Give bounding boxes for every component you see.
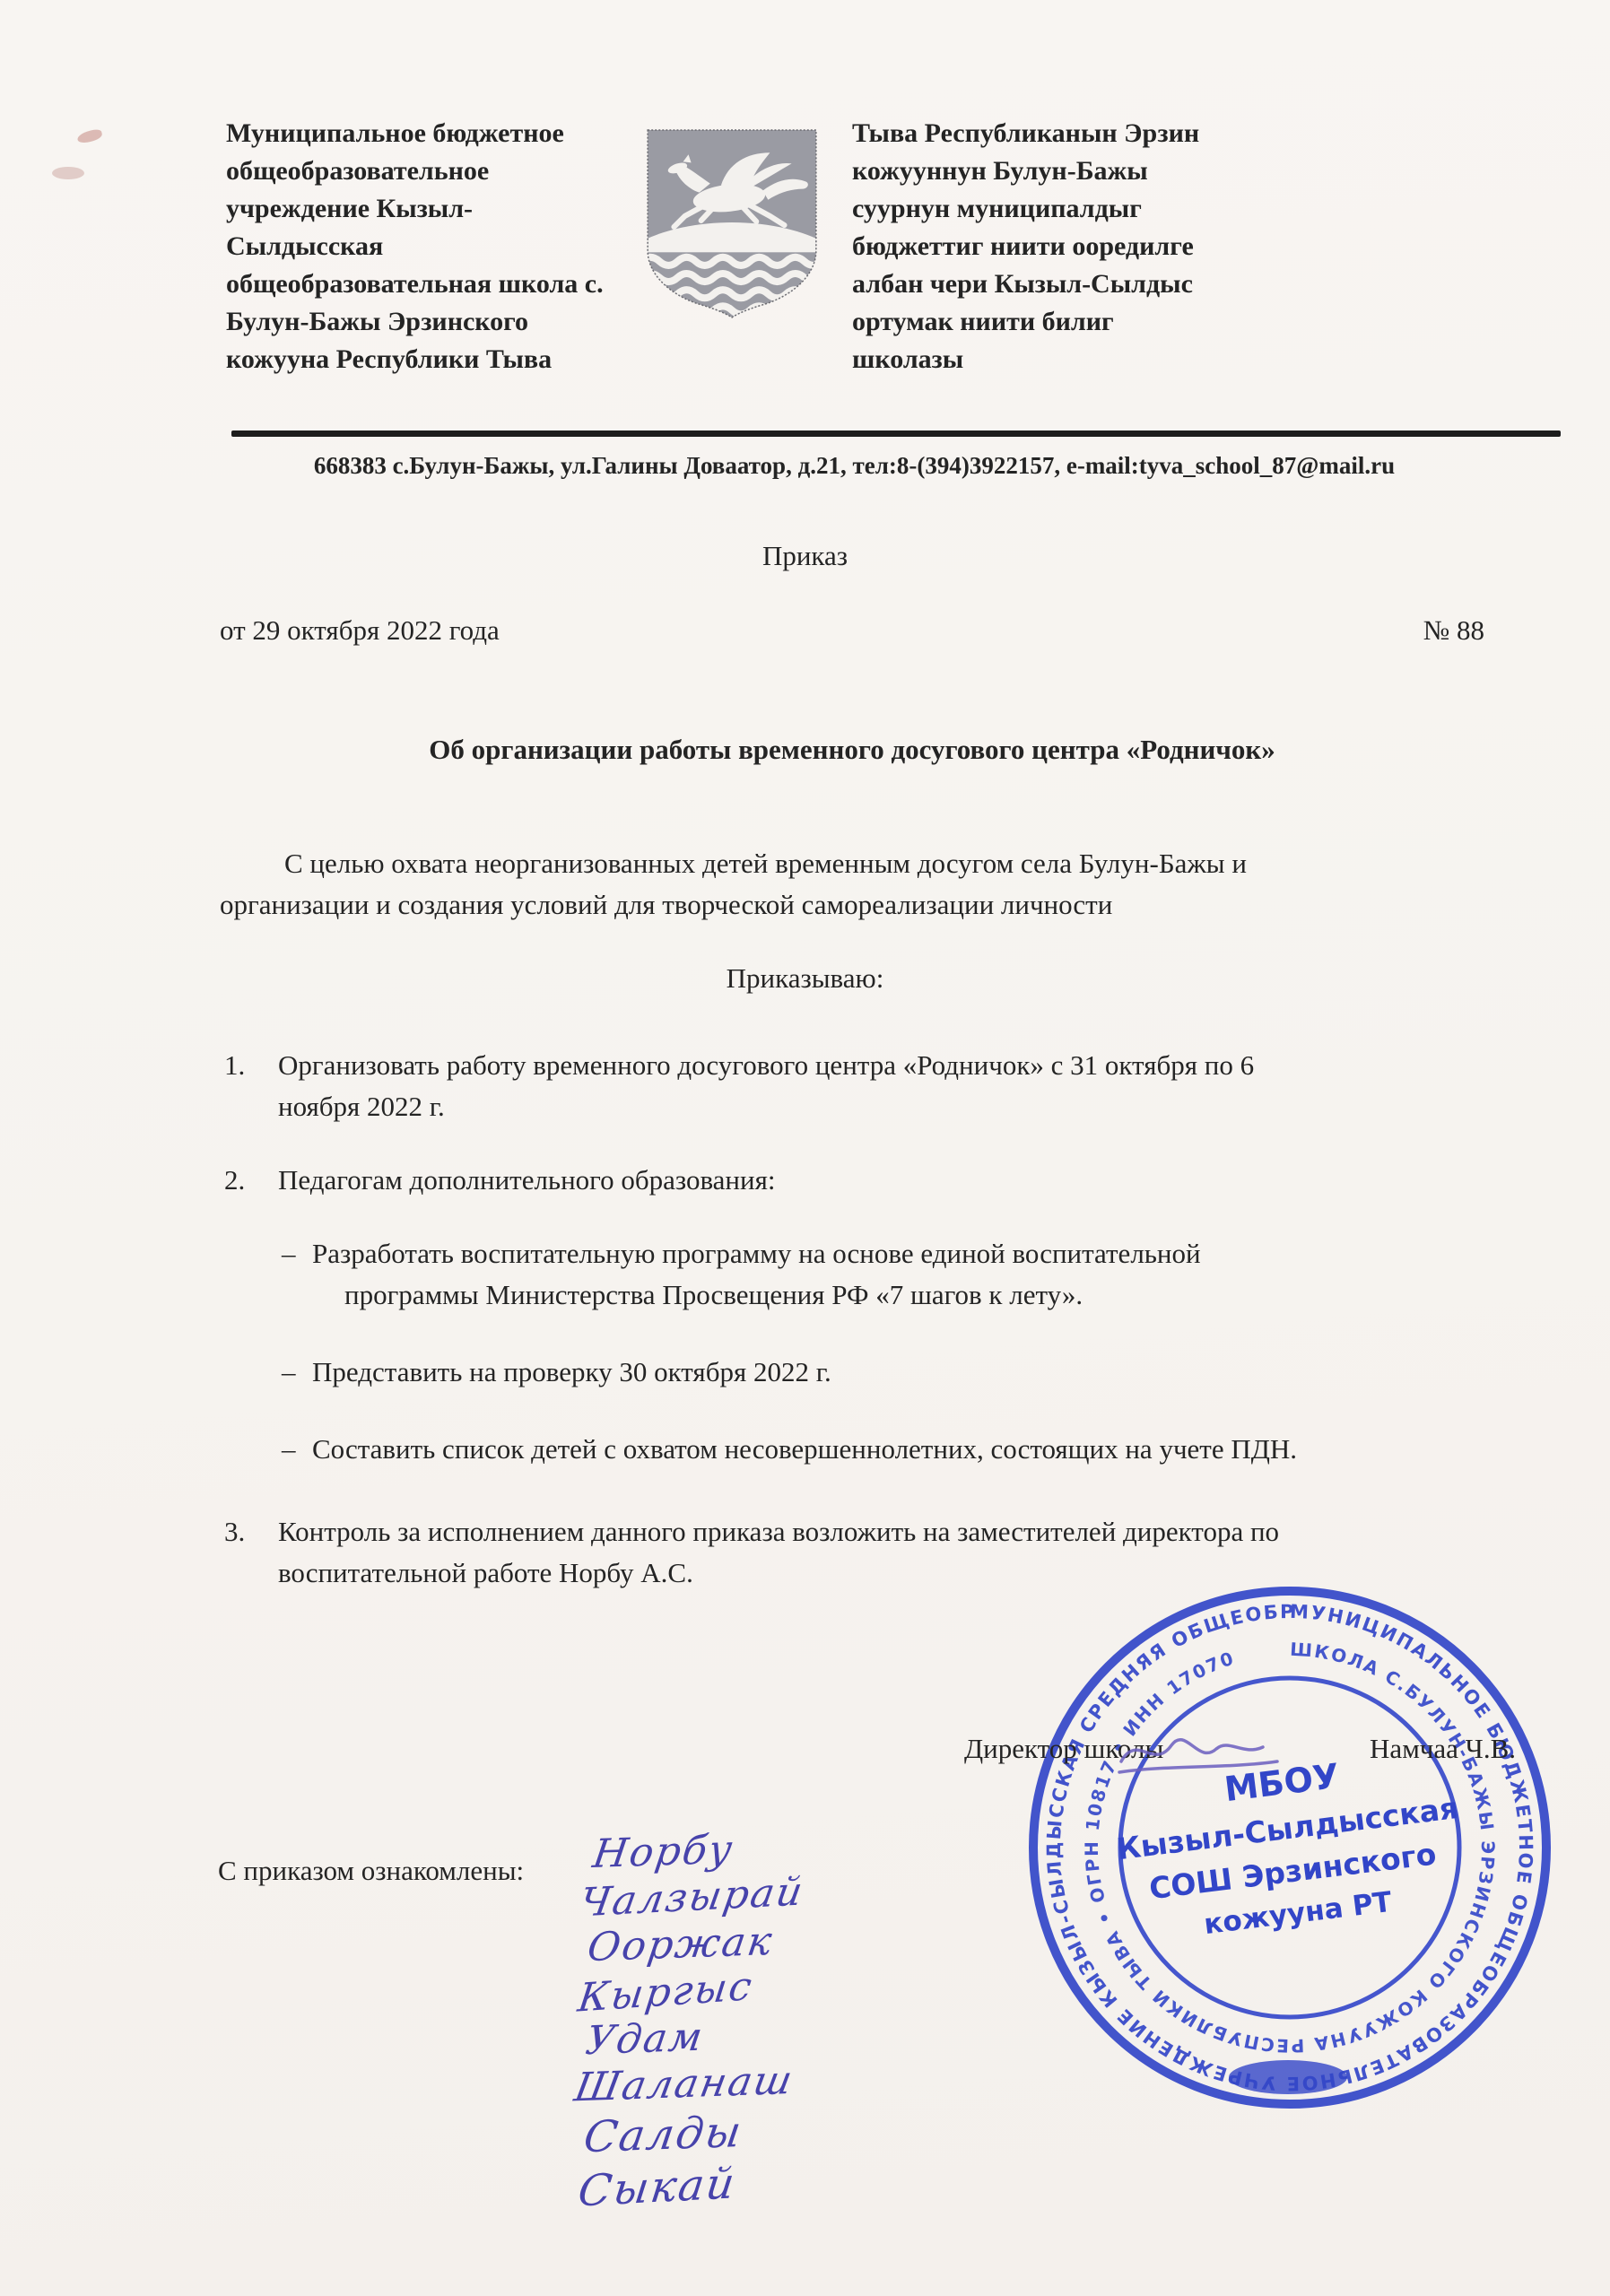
stamp-ink-smudge <box>1229 2060 1347 2094</box>
handwritten-signature: Кыргыс <box>575 1960 806 2022</box>
decree-word: Приказываю: <box>0 958 1610 998</box>
order-preamble: С целью охвата неорганизованных детей вр… <box>220 843 1484 926</box>
order-list: 1.Организовать работу временного досугов… <box>224 1045 1493 1594</box>
stamp-center-line: Кызыл-Сылдысская <box>1115 1790 1460 1866</box>
order-item-number: 2. <box>224 1160 278 1201</box>
signature-list: НорбуЧалзырайОоржакКыргысУдамШаланашСалд… <box>594 1828 803 2212</box>
order-subitem: –Составить список детей с охватом несове… <box>282 1429 1493 1470</box>
contact-line: 668383 с.Булун-Бажы, ул.Галины Доваатор,… <box>144 448 1565 483</box>
handwritten-signature: Чалзырай <box>577 1869 808 1927</box>
stamp-center-line: СОШ Эрзинского <box>1147 1836 1438 1906</box>
order-item-number: 3. <box>224 1511 278 1594</box>
stamp-center-line: кожууна РТ <box>1202 1886 1393 1941</box>
acknowledged-label: С приказом ознакомлены: <box>218 1855 524 1887</box>
handwritten-signature: Сыкай <box>575 2154 806 2218</box>
handwritten-signature: Удам <box>583 2011 807 2065</box>
subitem-text: Составить список детей с охватом несовер… <box>312 1429 1297 1470</box>
subitem-dash: – <box>282 1429 312 1470</box>
order-item: 1.Организовать работу временного досугов… <box>224 1045 1493 1127</box>
school-round-stamp: МУНИЦИПАЛЬНОЕ БЮДЖЕТНОЕ ОБЩЕОБРАЗОВАТЕЛЬ… <box>1021 1578 1559 2117</box>
order-item-text: Педагогам дополнительного образования: <box>278 1160 776 1201</box>
handwritten-signature: Ооржак <box>585 1918 807 1971</box>
order-item-text: Контроль за исполнением данного приказа … <box>278 1511 1279 1594</box>
order-item: 2.Педагогам дополнительного образования: <box>224 1160 1493 1201</box>
stamp-ring-text-inner: ШКОЛА С.БУЛУН-БАЖЫ ЭРЗИНСКОГО КОЖУУНА РЕ… <box>1081 1639 1499 2057</box>
director-name: Намчаа Ч.В. <box>1370 1733 1516 1765</box>
org-name-russian: Муниципальное бюджетное общеобразователь… <box>226 115 612 378</box>
subitem-dash: – <box>282 1233 312 1316</box>
stamp-ring-text-outer: МУНИЦИПАЛЬНОЕ БЮДЖЕТНОЕ ОБЩЕОБРАЗОВАТЕЛЬ… <box>1021 1578 1536 2094</box>
stamp-center-line: МБОУ <box>1223 1756 1342 1809</box>
org-name-tuvan: Тыва Республиканын Эрзин кожууннун Булун… <box>852 115 1260 378</box>
letterhead-divider <box>231 430 1561 437</box>
director-label: Директор школы <box>964 1733 1163 1765</box>
order-date: от 29 октября 2022 года <box>220 610 500 650</box>
order-item: 3.Контроль за исполнением данного приказ… <box>224 1511 1493 1594</box>
order-subitem: –Представить на проверку 30 октября 2022… <box>282 1352 1493 1393</box>
date-number-row: от 29 октября 2022 года № 88 <box>220 610 1484 650</box>
director-signature-row: Директор школы Намчаа Ч.В. <box>964 1733 1516 1765</box>
order-item-text: Организовать работу временного досуговог… <box>278 1045 1254 1127</box>
subitem-text: Представить на проверку 30 октября 2022 … <box>312 1352 831 1393</box>
doc-type: Приказ <box>0 535 1610 576</box>
director-handwritten-signature <box>1110 1724 1299 1787</box>
handwritten-signature: Салды <box>580 2104 806 2163</box>
order-title: Об организации работы временного досугов… <box>220 729 1484 770</box>
subitem-text: Разработать воспитательную программу на … <box>312 1233 1201 1316</box>
handwritten-signature: Норбу <box>590 1824 806 1878</box>
svg-text:ШКОЛА С.БУЛУН-БАЖЫ ЭРЗИНСКОГО: ШКОЛА С.БУЛУН-БАЖЫ ЭРЗИНСКОГО КОЖУУНА РЕ… <box>1081 1639 1499 2057</box>
scanned-order-document: Муниципальное бюджетное общеобразователь… <box>0 0 1610 2296</box>
letterhead: Муниципальное бюджетное общеобразователь… <box>0 0 1610 378</box>
pegasus-emblem-icon <box>641 126 822 321</box>
svg-text:МУНИЦИПАЛЬНОЕ БЮДЖЕТНОЕ ОБЩЕОБ: МУНИЦИПАЛЬНОЕ БЮДЖЕТНОЕ ОБЩЕОБРАЗОВАТЕЛЬ… <box>1021 1578 1536 2094</box>
subitem-dash: – <box>282 1352 312 1393</box>
coat-of-arms <box>637 115 827 378</box>
order-subitem: –Разработать воспитательную программу на… <box>282 1233 1493 1316</box>
handwritten-signature: Шаланаш <box>571 2057 808 2112</box>
order-number: № 88 <box>1423 610 1484 650</box>
order-sublist: –Разработать воспитательную программу на… <box>282 1233 1493 1470</box>
order-item-number: 1. <box>224 1045 278 1127</box>
